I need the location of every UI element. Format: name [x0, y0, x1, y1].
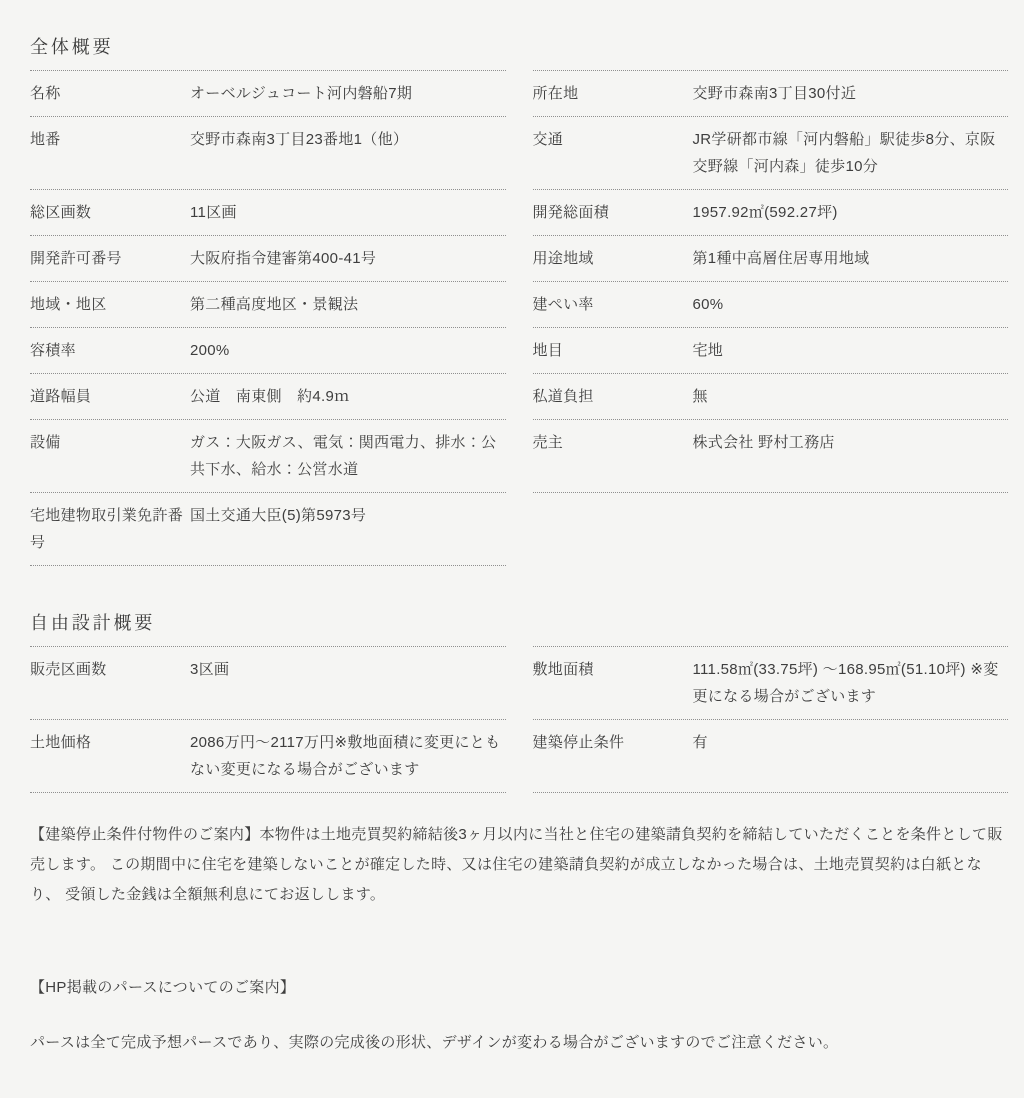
spec-cell-location: 所在地 交野市森南3丁目30付近 — [533, 70, 1009, 117]
spec-cell-floor-area-ratio: 容積率 200% — [30, 328, 506, 374]
spec-label: 名称 — [30, 80, 190, 107]
spec-label: 地目 — [533, 337, 693, 364]
spec-value: 3区画 — [190, 656, 506, 683]
spec-cell-zoning: 用途地域 第1種中高層住居専用地域 — [533, 236, 1009, 282]
table-row: 販売区画数 3区画 敷地面積 111.58㎡(33.75坪) ～168.95㎡(… — [30, 646, 1008, 720]
spec-cell-total-lots: 総区画数 11区画 — [30, 190, 506, 236]
table-row: 名称 オーベルジュコート河内磐船7期 所在地 交野市森南3丁目30付近 — [30, 70, 1008, 117]
spec-label: 地域・地区 — [30, 291, 190, 318]
spec-cell-site-area: 敷地面積 111.58㎡(33.75坪) ～168.95㎡(51.10坪) ※変… — [533, 646, 1009, 720]
spec-cell-development-area: 開発総面積 1957.92㎡(592.27坪) — [533, 190, 1009, 236]
table-row: 道路幅員 公道 南東側 約4.9ｍ 私道負担 無 — [30, 374, 1008, 420]
spec-cell-transportation: 交通 JR学研都市線「河内磐船」駅徒歩8分、京阪交野線「河内森」徒歩10分 — [533, 117, 1009, 190]
spec-label: 建ぺい率 — [533, 291, 693, 318]
overview-spec-table: 名称 オーベルジュコート河内磐船7期 所在地 交野市森南3丁目30付近 地番 交… — [30, 70, 1008, 566]
spec-cell-utilities: 設備 ガス：大阪ガス、電気：関西電力、排水：公共下水、給水：公営水道 — [30, 420, 506, 493]
spec-value: 国土交通大臣(5)第5973号 — [190, 502, 506, 529]
spec-value: 株式会社 野村工務店 — [693, 429, 1009, 456]
spec-value: 11区画 — [190, 199, 506, 226]
table-row: 開発許可番号 大阪府指令建審第400-41号 用途地域 第1種中高層住居専用地域 — [30, 236, 1008, 282]
spec-label: 宅地建物取引業免許番号 — [30, 502, 190, 556]
spec-cell-sale-lots: 販売区画数 3区画 — [30, 646, 506, 720]
notice-perspective-body: パースは全て完成予想パースであり、実際の完成後の形状、デザインが変わる場合がござ… — [30, 1028, 1008, 1058]
spec-value: 1957.92㎡(592.27坪) — [693, 199, 1009, 226]
notices: 【建築停止条件付物件のご案内】本物件は土地売買契約締結後3ヶ月以内に当社と住宅の… — [30, 820, 1008, 1058]
table-row: 設備 ガス：大阪ガス、電気：関西電力、排水：公共下水、給水：公営水道 売主 株式… — [30, 420, 1008, 493]
spec-value: 2086万円～2117万円※敷地面積に変更にともない変更になる場合がございます — [190, 729, 506, 783]
table-row: 宅地建物取引業免許番号 国土交通大臣(5)第5973号 — [30, 493, 1008, 566]
spec-value: 公道 南東側 約4.9ｍ — [190, 383, 506, 410]
property-spec-page: 全体概要 名称 オーベルジュコート河内磐船7期 所在地 交野市森南3丁目30付近… — [0, 0, 1024, 1098]
spec-value: 宅地 — [693, 337, 1009, 364]
spec-label: 私道負担 — [533, 383, 693, 410]
table-row: 地番 交野市森南3丁目23番地1（他） 交通 JR学研都市線「河内磐船」駅徒歩8… — [30, 117, 1008, 190]
table-row: 総区画数 11区画 開発総面積 1957.92㎡(592.27坪) — [30, 190, 1008, 236]
table-row: 地域・地区 第二種高度地区・景観法 建ぺい率 60% — [30, 282, 1008, 328]
spec-cell-coverage-ratio: 建ぺい率 60% — [533, 282, 1009, 328]
notice-building-condition: 【建築停止条件付物件のご案内】本物件は土地売買契約締結後3ヶ月以内に当社と住宅の… — [30, 820, 1008, 910]
spec-value: 第1種中高層住居専用地域 — [693, 245, 1009, 272]
spec-label: 容積率 — [30, 337, 190, 364]
spec-value: 111.58㎡(33.75坪) ～168.95㎡(51.10坪) ※変更になる場… — [693, 656, 1009, 710]
spec-cell-lot-number: 地番 交野市森南3丁目23番地1（他） — [30, 117, 506, 190]
spec-cell-land-category: 地目 宅地 — [533, 328, 1009, 374]
spec-cell-district: 地域・地区 第二種高度地区・景観法 — [30, 282, 506, 328]
free-design-section-title: 自由設計概要 — [30, 609, 1008, 635]
spec-label: 地番 — [30, 126, 190, 153]
table-row: 容積率 200% 地目 宅地 — [30, 328, 1008, 374]
notice-perspective-heading: 【HP掲載のパースについてのご案内】 — [30, 973, 1008, 1003]
spec-cell-seller: 売主 株式会社 野村工務店 — [533, 420, 1009, 493]
spec-cell-name: 名称 オーベルジュコート河内磐船7期 — [30, 70, 506, 117]
spec-label: 建築停止条件 — [533, 729, 693, 756]
spec-value: 交野市森南3丁目30付近 — [693, 80, 1009, 107]
spec-value: 200% — [190, 337, 506, 364]
section-overview: 全体概要 名称 オーベルジュコート河内磐船7期 所在地 交野市森南3丁目30付近… — [30, 33, 1008, 566]
spec-cell-license-number: 宅地建物取引業免許番号 国土交通大臣(5)第5973号 — [30, 493, 506, 566]
spec-value: 大阪府指令建審第400-41号 — [190, 245, 506, 272]
spec-label: 敷地面積 — [533, 656, 693, 683]
spec-cell-private-road: 私道負担 無 — [533, 374, 1009, 420]
spec-label: 所在地 — [533, 80, 693, 107]
spec-cell-permit-number: 開発許可番号 大阪府指令建審第400-41号 — [30, 236, 506, 282]
spec-value: 無 — [693, 383, 1009, 410]
spec-label: 設備 — [30, 429, 190, 456]
spec-value: 交野市森南3丁目23番地1（他） — [190, 126, 506, 153]
spec-label: 道路幅員 — [30, 383, 190, 410]
spec-label: 販売区画数 — [30, 656, 190, 683]
spec-cell-empty — [533, 493, 1009, 566]
spec-value: 有 — [693, 729, 1009, 756]
spec-cell-building-condition: 建築停止条件 有 — [533, 720, 1009, 793]
spec-cell-road-width: 道路幅員 公道 南東側 約4.9ｍ — [30, 374, 506, 420]
spec-value: ガス：大阪ガス、電気：関西電力、排水：公共下水、給水：公営水道 — [190, 429, 506, 483]
table-row: 土地価格 2086万円～2117万円※敷地面積に変更にともない変更になる場合がご… — [30, 720, 1008, 793]
free-design-spec-table: 販売区画数 3区画 敷地面積 111.58㎡(33.75坪) ～168.95㎡(… — [30, 646, 1008, 793]
spec-value: オーベルジュコート河内磐船7期 — [190, 80, 506, 107]
spec-label: 売主 — [533, 429, 693, 456]
section-free-design: 自由設計概要 販売区画数 3区画 敷地面積 111.58㎡(33.75坪) ～1… — [30, 609, 1008, 793]
spec-value: 第二種高度地区・景観法 — [190, 291, 506, 318]
spec-label: 開発許可番号 — [30, 245, 190, 272]
overview-section-title: 全体概要 — [30, 33, 1008, 59]
spec-label: 開発総面積 — [533, 199, 693, 226]
spec-cell-land-price: 土地価格 2086万円～2117万円※敷地面積に変更にともない変更になる場合がご… — [30, 720, 506, 793]
spec-label: 用途地域 — [533, 245, 693, 272]
spec-label: 総区画数 — [30, 199, 190, 226]
spec-label: 交通 — [533, 126, 693, 153]
spec-label: 土地価格 — [30, 729, 190, 756]
spec-value: JR学研都市線「河内磐船」駅徒歩8分、京阪交野線「河内森」徒歩10分 — [693, 126, 1009, 180]
spec-value: 60% — [693, 291, 1009, 318]
